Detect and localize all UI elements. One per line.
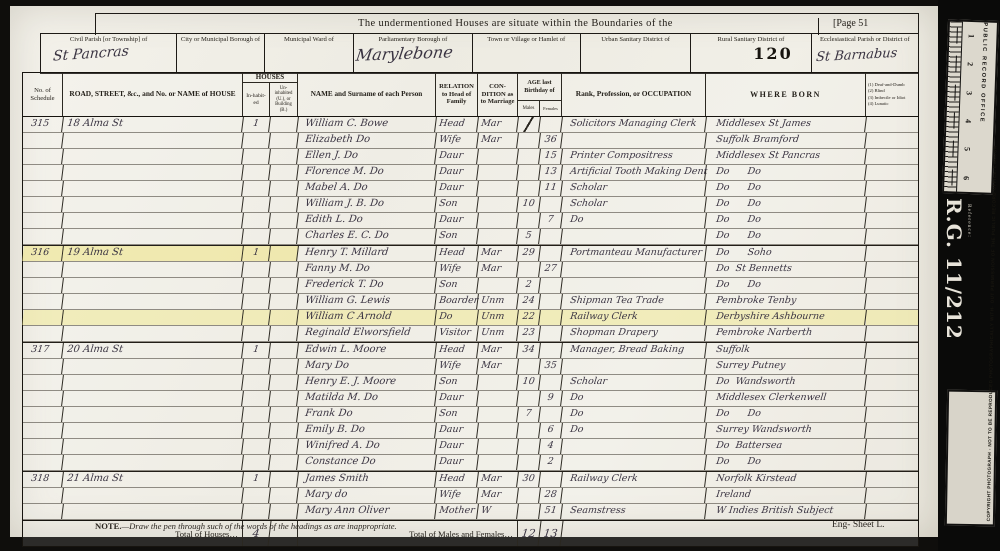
footer-note: NOTE.—Draw the pen through such of the w… <box>95 521 397 531</box>
cell-rel: Wife <box>435 359 479 374</box>
cell-c: Mar <box>477 117 519 132</box>
cell-o: Scholar <box>561 181 707 196</box>
note-text: —Draw the pen through such of the words … <box>122 521 397 531</box>
cell-s: 315 <box>22 117 64 132</box>
cell-c <box>477 407 519 422</box>
census-table: No. of Schedule ROAD, STREET, &c., and N… <box>22 72 919 547</box>
cell-d <box>866 488 918 503</box>
cell-m <box>517 391 541 406</box>
sheet-label: Eng- Sheet L. <box>832 520 885 530</box>
table-row: 31720 Alma St1Edwin L. MooreHeadMar34Man… <box>23 342 918 359</box>
district-box-rural-sanitary: Rural Sanitary District of 120 <box>691 34 811 73</box>
cell-rel: Daur <box>435 165 479 180</box>
cell-s <box>22 310 64 325</box>
cell-rel: Daur <box>435 149 479 164</box>
copyright-line: REPRODUCED PHOTOGRAPHICALLY WITH- <box>988 305 995 416</box>
cell-c: W <box>477 504 519 519</box>
cell-f <box>539 197 563 212</box>
copyright-line: COPYRIGHT PHOTOGRAPH - NOT TO BE <box>986 418 993 521</box>
cell-i <box>242 407 271 422</box>
cell-n: Henry T. Millard <box>297 246 437 261</box>
cell-d <box>866 117 918 132</box>
total-males-value: 12 <box>516 521 541 546</box>
cell-i <box>242 165 271 180</box>
table-row: Elizabeth DoWifeMar36Suffolk Bramford <box>23 133 918 149</box>
cell-o: Shipman Tea Trade <box>561 294 707 309</box>
cell-o: Do <box>561 391 707 406</box>
cell-m <box>517 133 541 148</box>
cell-n: Edwin L. Moore <box>297 343 437 358</box>
cell-u <box>269 391 299 406</box>
cell-i: 1 <box>242 343 271 358</box>
cell-i <box>242 213 271 228</box>
cell-d <box>866 197 918 212</box>
cell-b: Norfolk Kirstead <box>705 472 867 487</box>
cell-c <box>477 197 519 212</box>
cell-s <box>22 391 64 406</box>
cell-n: Emily B. Do <box>297 423 437 438</box>
rural-sanitary-stamp-value: 120 <box>753 44 792 63</box>
cell-o <box>561 229 707 244</box>
cell-s <box>22 229 64 244</box>
note-prefix: NOTE. <box>95 521 122 531</box>
cell-b: Do Soho <box>705 246 867 261</box>
cell-b: Do St Bennetts <box>705 262 867 277</box>
table-row: Edith L. DoDaur7DoDo Do <box>23 213 918 229</box>
cell-f <box>539 375 563 390</box>
cell-c <box>477 391 519 406</box>
cell-c <box>477 165 519 180</box>
cell-f <box>539 294 563 309</box>
cell-f <box>539 278 563 293</box>
cell-m <box>517 117 541 132</box>
cell-b: W Indies British Subject <box>705 504 867 519</box>
cell-o: Seamstress <box>561 504 707 519</box>
table-row: Mary Ann OliverMotherW51SeamstressW Indi… <box>23 504 918 520</box>
cell-f <box>539 472 563 487</box>
cell-m <box>517 181 541 196</box>
cell-i <box>242 181 271 196</box>
cell-f <box>539 310 563 325</box>
cell-u <box>269 359 299 374</box>
table-row: William G. LewisBoarderUnm24Shipman Tea … <box>23 294 918 310</box>
cell-r <box>62 197 244 212</box>
cell-f <box>539 407 563 422</box>
cell-u <box>269 181 299 196</box>
cell-i <box>242 133 271 148</box>
cell-n: Frank Do <box>297 407 437 422</box>
cell-u <box>269 375 299 390</box>
cell-d <box>866 326 918 341</box>
cell-o: Do <box>561 407 707 422</box>
cell-n: Mary Do <box>297 359 437 374</box>
cell-u <box>269 504 299 519</box>
cell-r <box>62 326 244 341</box>
cell-n: Winifred A. Do <box>297 439 437 454</box>
cell-n: Mary Ann Oliver <box>297 504 437 519</box>
cell-d <box>866 375 918 390</box>
cell-u <box>269 149 299 164</box>
cell-s <box>22 197 64 212</box>
cell-u <box>269 310 299 325</box>
cell-m <box>517 455 541 470</box>
table-header: No. of Schedule ROAD, STREET, &c., and N… <box>23 73 918 117</box>
cell-r <box>62 423 244 438</box>
ruler-number: 4 <box>953 113 982 130</box>
cell-rel: Head <box>435 117 479 132</box>
cell-u <box>269 117 299 132</box>
table-row: 31821 Alma St1James SmithHeadMar30Railwa… <box>23 471 918 488</box>
cell-i <box>242 375 271 390</box>
cell-n: Mary do <box>297 488 437 503</box>
cell-m <box>517 423 541 438</box>
ruler-number: 6 <box>951 169 980 186</box>
cell-s <box>22 294 64 309</box>
cell-f <box>539 246 563 261</box>
cell-u <box>269 488 299 503</box>
cell-d <box>866 359 918 374</box>
cell-s <box>22 326 64 341</box>
civil-parish-handwritten-value: St Pancras <box>53 43 130 64</box>
cell-s: 318 <box>22 472 64 487</box>
cell-rel: Head <box>435 246 479 261</box>
cell-s <box>22 359 64 374</box>
table-row: Fanny M. DoWifeMar27Do St Bennetts <box>23 262 918 278</box>
cell-r <box>62 181 244 196</box>
pro-ruler: 123456 PUBLIC RECORD OFFICE <box>942 19 999 195</box>
header-houses: HOUSES <box>243 73 298 83</box>
cell-d <box>866 391 918 406</box>
cell-i <box>242 326 271 341</box>
cell-o: Railway Clerk <box>561 472 707 487</box>
table-row: Charles E. C. DoSon5Do Do <box>23 229 918 245</box>
cell-r <box>62 262 244 277</box>
cell-b: Pembroke Tenby <box>705 294 867 309</box>
cell-d <box>866 133 918 148</box>
cell-m: 24 <box>517 294 541 309</box>
cell-c <box>477 149 519 164</box>
cell-r: 20 Alma St <box>62 343 244 358</box>
cell-c: Mar <box>477 246 519 261</box>
cell-r <box>62 213 244 228</box>
reference-number: R.G. 11/212 <box>942 198 966 378</box>
table-row: Henry E. J. MooreSon10ScholarDo Wandswor… <box>23 375 918 391</box>
cell-r <box>62 455 244 470</box>
cell-f: 51 <box>539 504 563 519</box>
cell-b: Ireland <box>705 488 867 503</box>
table-row: Mary doWifeMar28Ireland <box>23 488 918 504</box>
cell-b: Middlesex Clerkenwell <box>705 391 867 406</box>
cell-r <box>62 375 244 390</box>
cell-b: Do Do <box>705 278 867 293</box>
cell-m: 2 <box>517 278 541 293</box>
cell-i <box>242 504 271 519</box>
cell-f: 28 <box>539 488 563 503</box>
table-row: Reginald ElworsfieldVisitorUnm23Shopman … <box>23 326 918 342</box>
ruler-number: 2 <box>955 56 984 73</box>
district-label: Ecclesiastical Parish or District of <box>814 36 916 44</box>
cell-u <box>269 455 299 470</box>
header-occupation: Rank, Profession, or OCCUPATION <box>562 73 706 116</box>
cell-n: Mabel A. Do <box>297 181 437 196</box>
cell-c <box>477 181 519 196</box>
cell-c: Unm <box>477 294 519 309</box>
cell-m: 23 <box>517 326 541 341</box>
cell-f: 11 <box>539 181 563 196</box>
cell-m <box>517 262 541 277</box>
cell-rel: Son <box>435 407 479 422</box>
cell-d <box>866 165 918 180</box>
cell-b: Middlesex St James <box>705 117 867 132</box>
cell-u <box>269 133 299 148</box>
district-box-municipal-ward: Municipal Ward of <box>265 34 354 73</box>
cell-i <box>242 262 271 277</box>
cell-r <box>62 310 244 325</box>
table-row: William C ArnoldDoUnm22Railway ClerkDerb… <box>23 310 918 326</box>
district-box-parliamentary-borough: Parliamentary Borough of Marylebone <box>354 34 472 73</box>
cell-o <box>561 278 707 293</box>
cell-m <box>517 359 541 374</box>
table-row: Frank DoSon7DoDo Do <box>23 407 918 423</box>
cell-r <box>62 165 244 180</box>
copyright-line: OUT PERMISSION OF THE PUBLIC <box>990 216 997 304</box>
cell-d <box>866 310 918 325</box>
cell-u <box>269 165 299 180</box>
header-females: Females <box>540 101 562 116</box>
district-box-ecclesiastical-parish: Ecclesiastical Parish or District of St … <box>812 34 918 73</box>
cell-m: 34 <box>517 343 541 358</box>
table-row: 31518 Alma St1William C. BoweHeadMarSoli… <box>23 117 918 133</box>
cell-m: 7 <box>517 407 541 422</box>
cell-n: William G. Lewis <box>297 294 437 309</box>
cell-u <box>269 343 299 358</box>
cell-r <box>62 391 244 406</box>
cell-o <box>561 439 707 454</box>
cell-f: 4 <box>539 439 563 454</box>
cell-r <box>62 439 244 454</box>
header-males: Males <box>518 101 540 116</box>
cell-f <box>539 117 563 132</box>
cell-i: 1 <box>242 246 271 261</box>
cell-b: Do Do <box>705 229 867 244</box>
cell-n: Henry E. J. Moore <box>297 375 437 390</box>
copyright-line: RECORD OFFICE. LONDON <box>991 145 997 214</box>
cell-c <box>477 375 519 390</box>
table-row: Ellen J. DoDaur15Printer CompositressMid… <box>23 149 918 165</box>
cell-o: Portmanteau Manufacturer <box>561 246 707 261</box>
cell-f: 15 <box>539 149 563 164</box>
cell-u <box>269 423 299 438</box>
cell-u <box>269 439 299 454</box>
cell-b: Suffolk <box>705 343 867 358</box>
reference-label: Reference: <box>966 198 972 378</box>
disability-option: (4) Lunatic <box>868 101 889 107</box>
cell-o: Manager, Bread Baking <box>561 343 707 358</box>
cell-b: Do Do <box>705 181 867 196</box>
cell-s <box>22 278 64 293</box>
cell-r <box>62 504 244 519</box>
cell-r: 18 Alma St <box>62 117 244 132</box>
cell-f: 7 <box>539 213 563 228</box>
cell-m: 29 <box>517 246 541 261</box>
cell-s <box>22 165 64 180</box>
cell-rel: Wife <box>435 488 479 503</box>
cell-o: Printer Compositress <box>561 149 707 164</box>
district-box-municipal-borough: City or Municipal Borough of <box>177 34 265 73</box>
header-road: ROAD, STREET, &c., and No. or NAME of HO… <box>63 73 243 116</box>
cell-rel: Son <box>435 375 479 390</box>
cell-u <box>269 472 299 487</box>
cell-s <box>22 213 64 228</box>
table-row: Mabel A. DoDaur11ScholarDo Do <box>23 181 918 197</box>
cell-b: Do Battersea <box>705 439 867 454</box>
ecclesiastical-parish-handwritten-value: St Barnabus <box>815 46 897 65</box>
cell-u <box>269 197 299 212</box>
cell-n: Matilda M. Do <box>297 391 437 406</box>
cell-rel: Wife <box>435 133 479 148</box>
cell-n: Reginald Elworsfield <box>297 326 437 341</box>
table-row: Winifred A. DoDaur4Do Battersea <box>23 439 918 455</box>
cell-r <box>62 133 244 148</box>
cell-f: 27 <box>539 262 563 277</box>
cell-c <box>477 439 519 454</box>
cell-d <box>866 343 918 358</box>
cell-i <box>242 229 271 244</box>
cell-c <box>477 213 519 228</box>
district-label: Town or Village or Hamlet of <box>475 36 578 44</box>
cell-c: Mar <box>477 133 519 148</box>
cell-n: William J. B. Do <box>297 197 437 212</box>
cell-d <box>866 407 918 422</box>
cell-m: 10 <box>517 375 541 390</box>
cell-u <box>269 262 299 277</box>
ruler-number: 5 <box>952 141 981 158</box>
header-age: AGE last Birthday of <box>518 73 562 101</box>
cell-u <box>269 326 299 341</box>
cell-rel: Mother <box>435 504 479 519</box>
cell-c <box>477 455 519 470</box>
header-name: NAME and Surname of each Person <box>298 73 436 116</box>
cell-u <box>269 246 299 261</box>
cell-rel: Wife <box>435 262 479 277</box>
cell-i: 1 <box>242 117 271 132</box>
cell-rel: Son <box>435 278 479 293</box>
cell-b: Surrey Wandsworth <box>705 423 867 438</box>
cell-n: William C Arnold <box>297 310 437 325</box>
cell-o: Scholar <box>561 375 707 390</box>
cell-f: 2 <box>539 455 563 470</box>
copyright-stamp-box: COPYRIGHT PHOTOGRAPH - NOT TO BE REPRODU… <box>945 390 997 527</box>
header-where-born: WHERE BORN <box>706 73 866 116</box>
cell-o <box>561 359 707 374</box>
cell-f <box>539 343 563 358</box>
cell-rel: Head <box>435 343 479 358</box>
cell-s <box>22 133 64 148</box>
header-schedule: No. of Schedule <box>23 73 63 116</box>
cell-c <box>477 423 519 438</box>
cell-d <box>866 213 918 228</box>
cell-i <box>242 149 271 164</box>
cell-s <box>22 181 64 196</box>
cell-r <box>62 278 244 293</box>
cell-r <box>62 359 244 374</box>
cell-d <box>866 262 918 277</box>
cell-u <box>269 213 299 228</box>
header-disabilities: (1) Deaf-and-Dumb (2) Blind (3) Imbecile… <box>866 73 918 116</box>
district-label: Civil Parish [or Township] of <box>43 36 174 44</box>
district-box-town-village: Town or Village or Hamlet of <box>473 34 581 73</box>
cell-rel: Daur <box>435 423 479 438</box>
cell-b: Derbyshire Ashbourne <box>705 310 867 325</box>
cell-d <box>866 455 918 470</box>
cell-d <box>866 504 918 519</box>
table-row: William J. B. DoSon10ScholarDo Do <box>23 197 918 213</box>
cell-m <box>517 165 541 180</box>
cell-n: Elizabeth Do <box>297 133 437 148</box>
cell-r <box>62 407 244 422</box>
cell-b: Do Do <box>705 407 867 422</box>
district-header-row: Civil Parish [or Township] of St Pancras… <box>40 33 919 74</box>
table-row: Florence M. DoDaur13Artificial Tooth Mak… <box>23 165 918 181</box>
cell-r <box>62 229 244 244</box>
cell-o <box>561 133 707 148</box>
cell-rel: Boarder <box>435 294 479 309</box>
cell-i <box>242 310 271 325</box>
cell-n: Fanny M. Do <box>297 262 437 277</box>
table-body: 31518 Alma St1William C. BoweHeadMarSoli… <box>23 117 918 520</box>
cell-o: Artificial Tooth Making Dent <box>561 165 707 180</box>
cell-rel: Head <box>435 472 479 487</box>
cell-b: Do Do <box>705 455 867 470</box>
cell-rel: Daur <box>435 439 479 454</box>
cell-s: 317 <box>22 343 64 358</box>
cell-s <box>22 423 64 438</box>
cell-m <box>517 213 541 228</box>
cell-i <box>242 278 271 293</box>
cell-i <box>242 455 271 470</box>
cell-b: Do Do <box>705 213 867 228</box>
cell-m <box>517 488 541 503</box>
cell-c: Mar <box>477 262 519 277</box>
cell-f: 13 <box>539 165 563 180</box>
cell-rel: Son <box>435 197 479 212</box>
census-page: The undermentioned Houses are situate wi… <box>10 6 938 537</box>
cell-b: Surrey Putney <box>705 359 867 374</box>
district-label: Urban Sanitary District of <box>583 36 688 44</box>
cell-m <box>517 149 541 164</box>
cell-rel: Daur <box>435 213 479 228</box>
cell-m: 30 <box>517 472 541 487</box>
title-band: The undermentioned Houses are situate wi… <box>95 13 919 35</box>
cell-r: 19 Alma St <box>62 246 244 261</box>
district-label: Rural Sanitary District of <box>693 36 808 44</box>
cell-o <box>561 262 707 277</box>
cell-c: Mar <box>477 472 519 487</box>
cell-o: Do <box>561 213 707 228</box>
cell-d <box>866 472 918 487</box>
header-uninhabited: Un-inhabited (U.), or Building (B.) <box>270 83 298 116</box>
cell-b: Middlesex St Pancras <box>705 149 867 164</box>
page-title: The undermentioned Houses are situate wi… <box>358 18 673 29</box>
cell-d <box>866 294 918 309</box>
parliamentary-borough-handwritten-value: Marylebone <box>355 42 454 64</box>
district-label: Municipal Ward of <box>267 36 351 44</box>
cell-c: Unm <box>477 310 519 325</box>
public-record-office-strip: 123456 PUBLIC RECORD OFFICE R.G. 11/212 … <box>938 0 1000 551</box>
cell-b: Pembroke Narberth <box>705 326 867 341</box>
cell-i <box>242 439 271 454</box>
cell-u <box>269 407 299 422</box>
